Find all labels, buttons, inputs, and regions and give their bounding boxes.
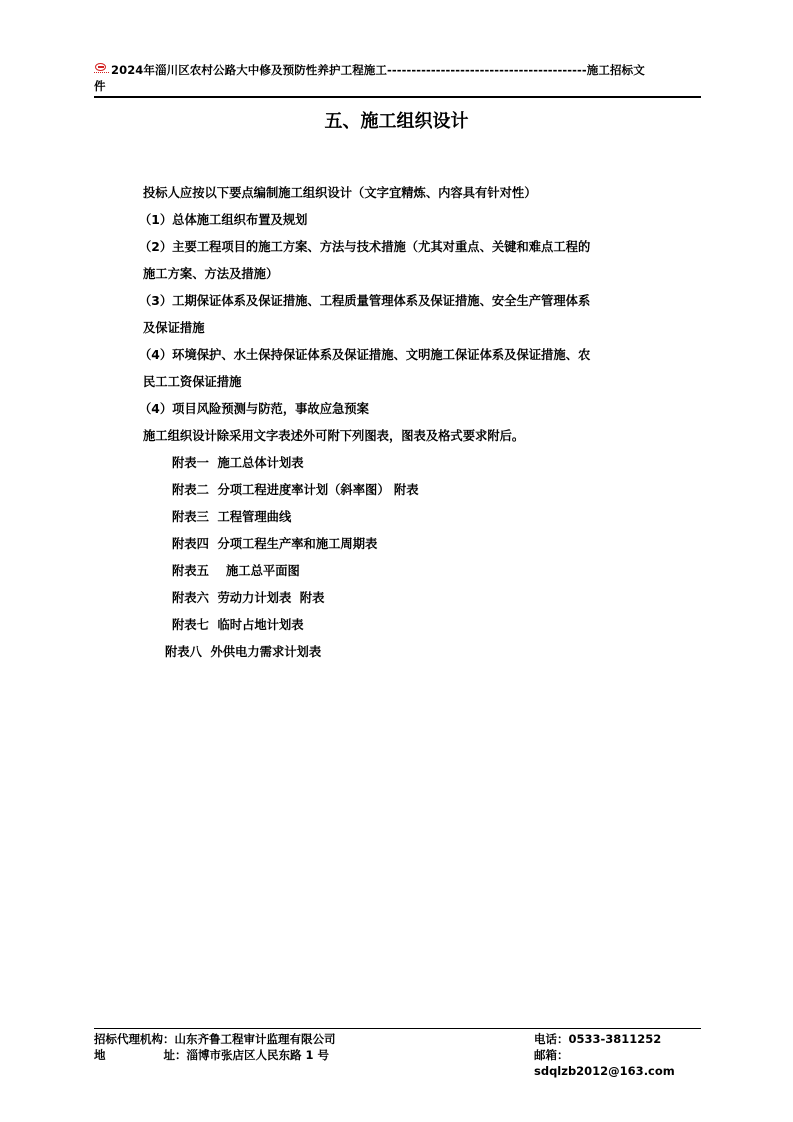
address-info: 地址：淄博市张店区人民东路 1 号 [94, 1047, 329, 1063]
list-item-2: （2）主要工程项目的施工方案、方法与技术措施（尤其对重点、关键和难点工程的 [139, 234, 663, 261]
annex-item-6: 附表六 劳动力计划表 附表 [143, 585, 663, 612]
address-value: 淄博市张店区人民东路 1 号 [187, 1048, 330, 1062]
list-item-4: （4）环境保护、水土保持保证体系及保证措施、文明施工保证体系及保证措施、农 [139, 342, 663, 369]
list-item-2-cont: 施工方案、方法及措施） [143, 261, 663, 288]
annex-item-1: 附表一 施工总体计划表 [143, 450, 663, 477]
note-paragraph: 施工组织设计除采用文字表述外可附下列图表，图表及格式要求附后。 [143, 423, 663, 450]
page-footer: 招标代理机构：山东齐鲁工程审计监理有限公司 电话：0533-3811252 地址… [94, 1031, 701, 1063]
annex-item-4: 附表四 分项工程生产率和施工周期表 [143, 531, 663, 558]
footer-divider [94, 1028, 701, 1029]
email-info: 邮箱：sdqlzb2012@163.com [534, 1047, 701, 1079]
email-value[interactable]: sdqlzb2012@163.com [534, 1064, 675, 1078]
annex-item-2: 附表二 分项工程进度率计划（斜率图） 附表 [143, 477, 663, 504]
header-divider [94, 96, 701, 98]
header-title-line1: 2024年淄川区农村公路大中修及预防性养护工程施工---------------… [111, 63, 645, 77]
list-item-3: （3）工期保证体系及保证措施、工程质量管理体系及保证措施、安全生产管理体系 [139, 288, 663, 315]
phone-value: 0533-3811252 [569, 1032, 662, 1046]
document-body: 投标人应按以下要点编制施工组织设计（文字宜精炼、内容具有针对性） （1）总体施工… [143, 180, 663, 666]
annex-item-8: 附表八 外供电力需求计划表 [143, 639, 663, 666]
page-header: 2024年淄川区农村公路大中修及预防性养护工程施工---------------… [94, 62, 701, 94]
agency-value: 山东齐鲁工程审计监理有限公司 [175, 1032, 336, 1046]
header-title-line2: 件 [94, 79, 106, 93]
phone-label: 电话： [534, 1032, 569, 1046]
phone-info: 电话：0533-3811252 [534, 1031, 661, 1047]
company-logo-icon [94, 63, 110, 75]
agency-info: 招标代理机构：山东齐鲁工程审计监理有限公司 [94, 1031, 336, 1047]
annex-item-5: 附表五 施工总平面图 [143, 558, 663, 585]
agency-label: 招标代理机构： [94, 1032, 175, 1046]
email-label: 邮箱： [534, 1048, 569, 1062]
section-title: 五、施工组织设计 [0, 107, 793, 133]
address-label-a: 地 [94, 1048, 106, 1062]
address-label-b: 址： [164, 1048, 187, 1062]
list-item-1: （1）总体施工组织布置及规划 [139, 207, 663, 234]
annex-item-7: 附表七 临时占地计划表 [143, 612, 663, 639]
header-title: 2024年淄川区农村公路大中修及预防性养护工程施工---------------… [94, 62, 701, 94]
intro-paragraph: 投标人应按以下要点编制施工组织设计（文字宜精炼、内容具有针对性） [143, 180, 663, 207]
annex-item-3: 附表三 工程管理曲线 [143, 504, 663, 531]
list-item-3-cont: 及保证措施 [143, 315, 663, 342]
list-item-4-cont: 民工工资保证措施 [143, 369, 663, 396]
list-item-5: （4）项目风险预测与防范，事故应急预案 [139, 396, 663, 423]
